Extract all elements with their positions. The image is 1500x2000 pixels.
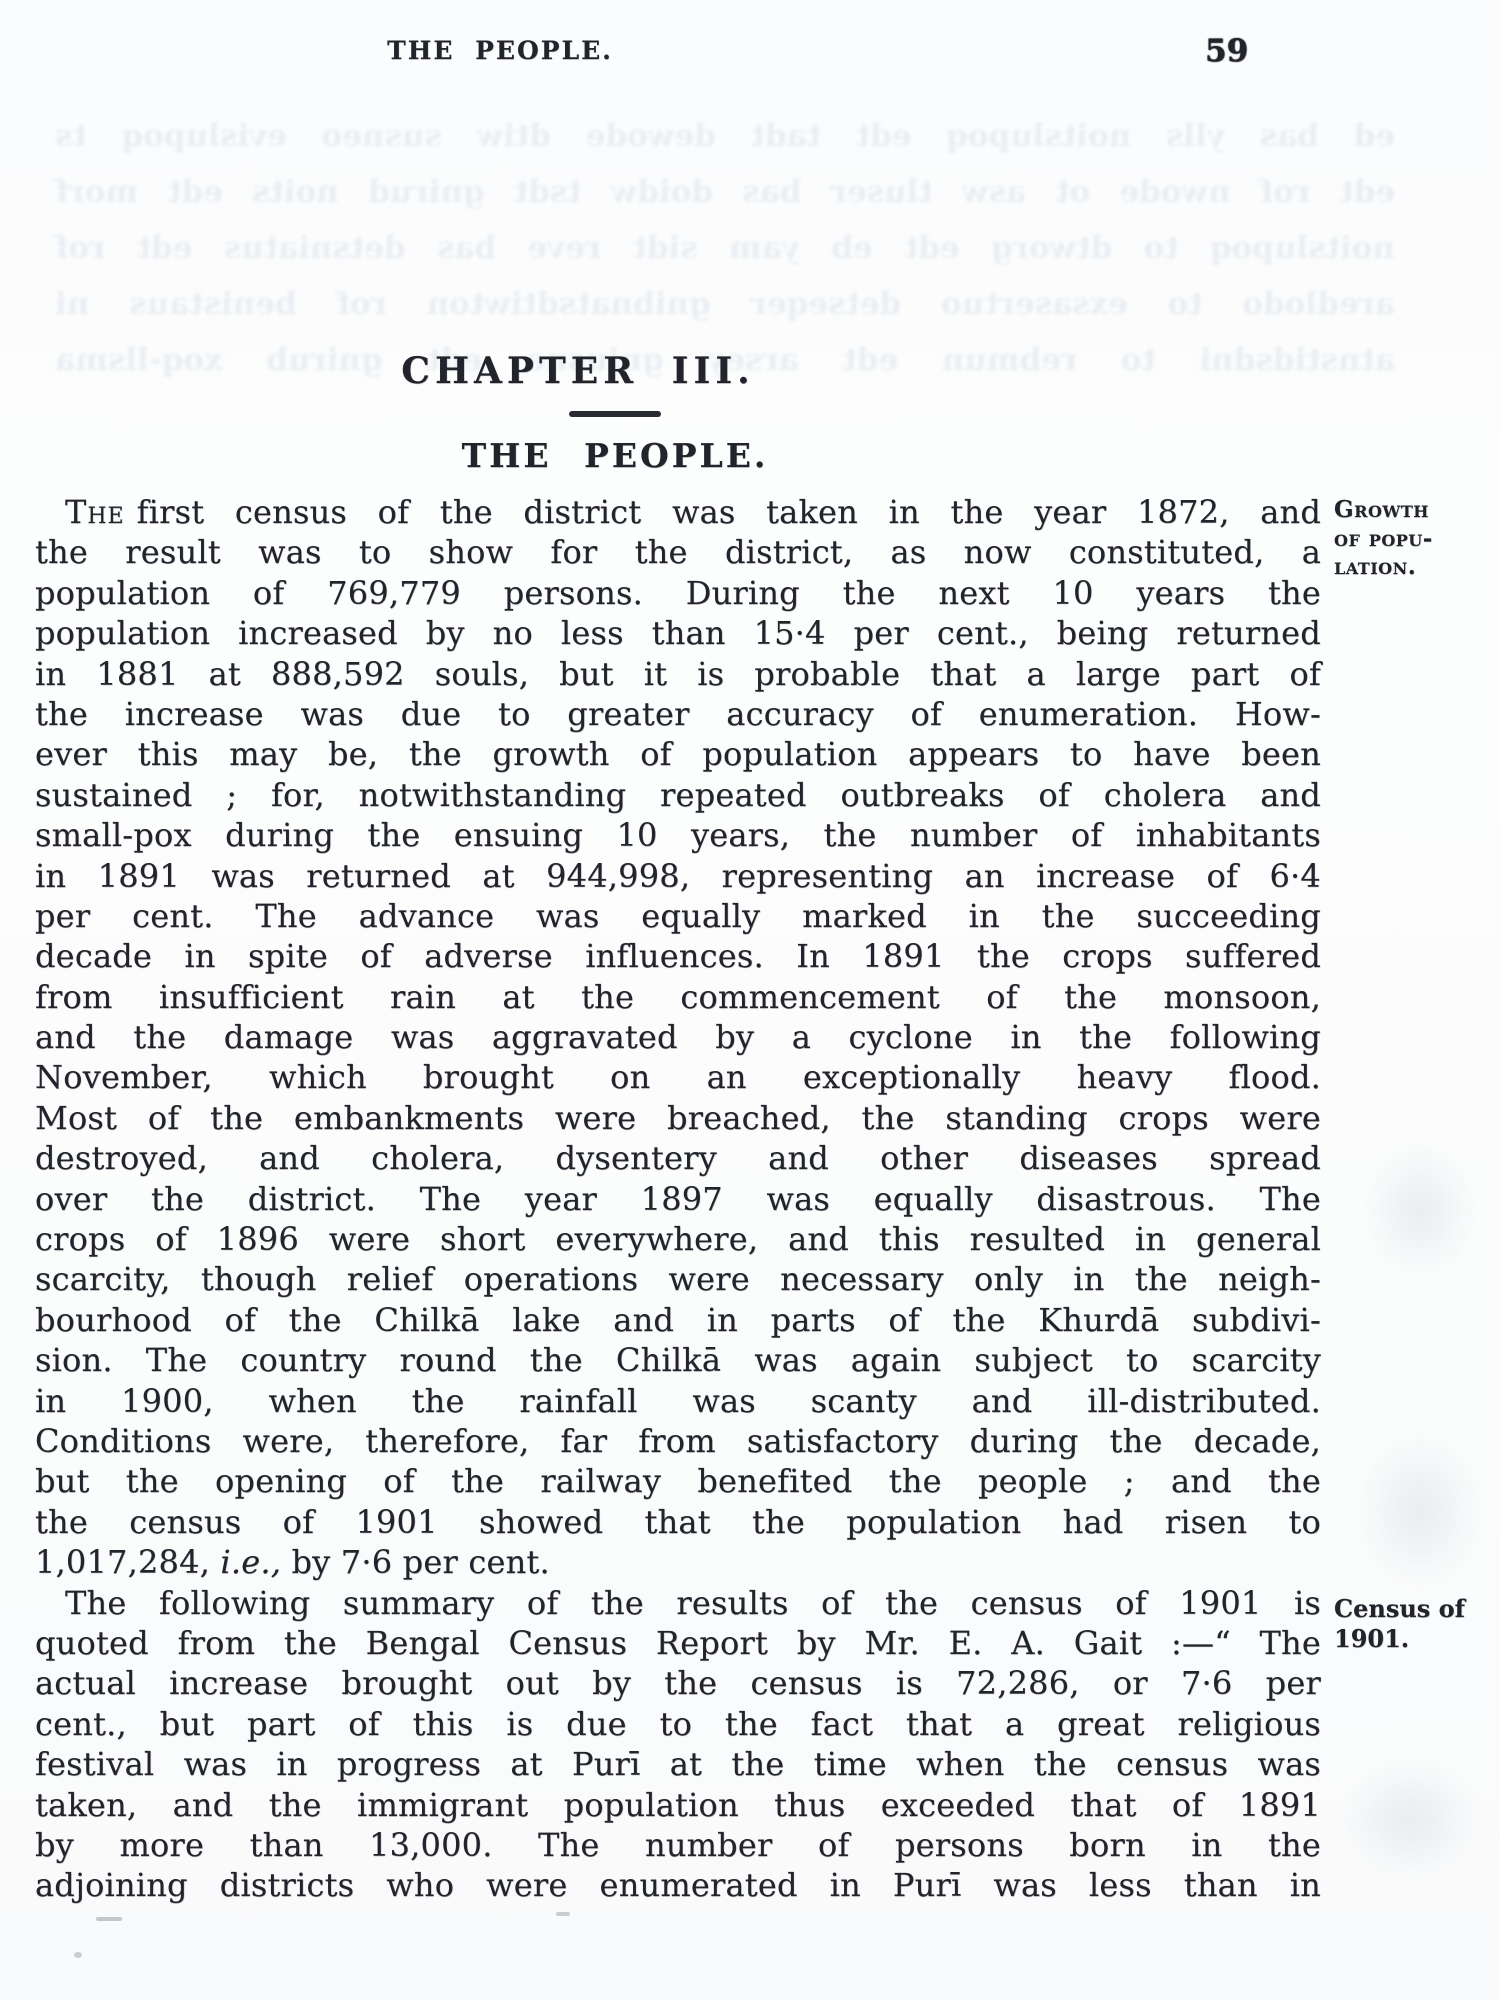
text-line: the result was to show for the district,… [35,532,1321,572]
paragraph-last-line: 1,017,284, i.e., by 7·6 per cent. [35,1542,1321,1582]
ghost-line: aredlodo to exsasertuo detseqer gnibnats… [55,276,1395,332]
text-line: but the opening of the railway benefited… [35,1461,1321,1501]
text-line: per cent. The advance was equally marked… [35,896,1321,936]
text-line: in 1881 at 888,592 souls, but it is prob… [35,654,1321,694]
text-line: population increased by no less than 15·… [35,613,1321,653]
last-line-italic: i.e., [220,1543,281,1581]
page-number: 59 [1205,33,1248,69]
text-line: destroyed, and cholera, dysentery and ot… [35,1138,1321,1178]
text-line: the census of 1901 showed that the popul… [35,1502,1321,1542]
margin-note-line: 1901. [1334,1624,1496,1654]
text-line: in 1891 was returned at 944,998, represe… [35,856,1321,896]
text-line: taken, and the immigrant population thus… [35,1785,1321,1825]
text-line: cent., but part of this is due to the fa… [35,1704,1321,1744]
ink-speck [74,1952,82,1958]
text-line: decade in spite of adverse influences. I… [35,936,1321,976]
ink-speck [96,1917,122,1921]
margin-note-line: of popu- [1334,525,1496,554]
text-line: scarcity, though relief operations were … [35,1259,1321,1299]
paragraph-first-line: Thefirst census of the district was take… [35,492,1321,532]
text-line: Most of the embankments were breached, t… [35,1098,1321,1138]
smallcaps-lead-word: The [65,493,125,531]
text-line: sustained ; for, notwithstanding repeate… [35,775,1321,815]
text-line: festival was in progress at Purī at the … [35,1744,1321,1784]
text-line: from insufficient rain at the commenceme… [35,977,1321,1017]
margin-smudge [1360,1140,1480,1280]
text-line: over the district. The year 1897 was equ… [35,1179,1321,1219]
chapter-heading: CHAPTER III. [401,350,754,392]
text-line: adjoining districts who were enumerated … [35,1865,1321,1905]
body-text-column: Thefirst census of the district was take… [35,492,1321,1906]
text-line: by more than 13,000. The number of perso… [35,1825,1321,1865]
text-line: ever this may be, the growth of populati… [35,734,1321,774]
ghost-line: edt rof nwode ot asw tluser bas doidw ts… [55,164,1395,220]
scanned-book-page: ed bas ylls noitslupoq edt tadt dewode d… [0,0,1500,2000]
ink-speck [556,1912,570,1916]
text-line: in 1900, when the rainfall was scanty an… [35,1381,1321,1421]
paragraph-census-of-1901: The following summary of the results of … [35,1583,1321,1906]
margin-note-line: Census of [1334,1594,1496,1624]
paragraph-lines: the result was to show for the district,… [35,532,1321,1542]
text-line: actual increase brought out by the censu… [35,1663,1321,1703]
ghost-line: noitslupoq to dtworg edt eb yam sidt rev… [55,220,1395,276]
text-line: crops of 1896 were short everywhere, and… [35,1219,1321,1259]
text-line: sion. The country round the Chilkā was a… [35,1340,1321,1380]
margin-note-line: Growth [1334,496,1496,525]
margin-note-line: lation. [1334,553,1496,582]
paragraph-growth-of-population: Thefirst census of the district was take… [35,492,1321,1583]
text-line: population of 769,779 persons. During th… [35,573,1321,613]
margin-smudge [1340,1760,1480,1880]
last-line-pre: 1,017,284, [35,1543,220,1581]
text-line: November, which brought on an exceptiona… [35,1057,1321,1097]
section-heading: THE PEOPLE. [462,436,769,475]
heading-divider-rule [569,411,661,417]
text-line: quoted from the Bengal Census Report by … [35,1623,1321,1663]
margin-note-census-of-1901: Census of1901. [1334,1594,1496,1654]
text-line: and the damage was aggravated by a cyclo… [35,1017,1321,1057]
margin-smudge [1355,1430,1485,1590]
text-line: small-pox during the ensuing 10 years, t… [35,815,1321,855]
last-line-post: by 7·6 per cent. [281,1543,550,1581]
text-line: The following summary of the results of … [35,1583,1321,1623]
bleed-through-ghost-text: ed bas ylls noitslupoq edt tadt dewode d… [55,108,1395,388]
text-line: the increase was due to greater accuracy… [35,694,1321,734]
text-line: bourhood of the Chilkā lake and in parts… [35,1300,1321,1340]
text-line: Conditions were, therefore, far from sat… [35,1421,1321,1461]
running-header: THE PEOPLE. [387,36,613,65]
ghost-line: ed bas ylls noitslupoq edt tadt dewode d… [55,108,1395,164]
first-line-text: first census of the district was taken i… [137,493,1321,531]
margin-note-growth-of-population: Growthof popu-lation. [1334,496,1496,582]
